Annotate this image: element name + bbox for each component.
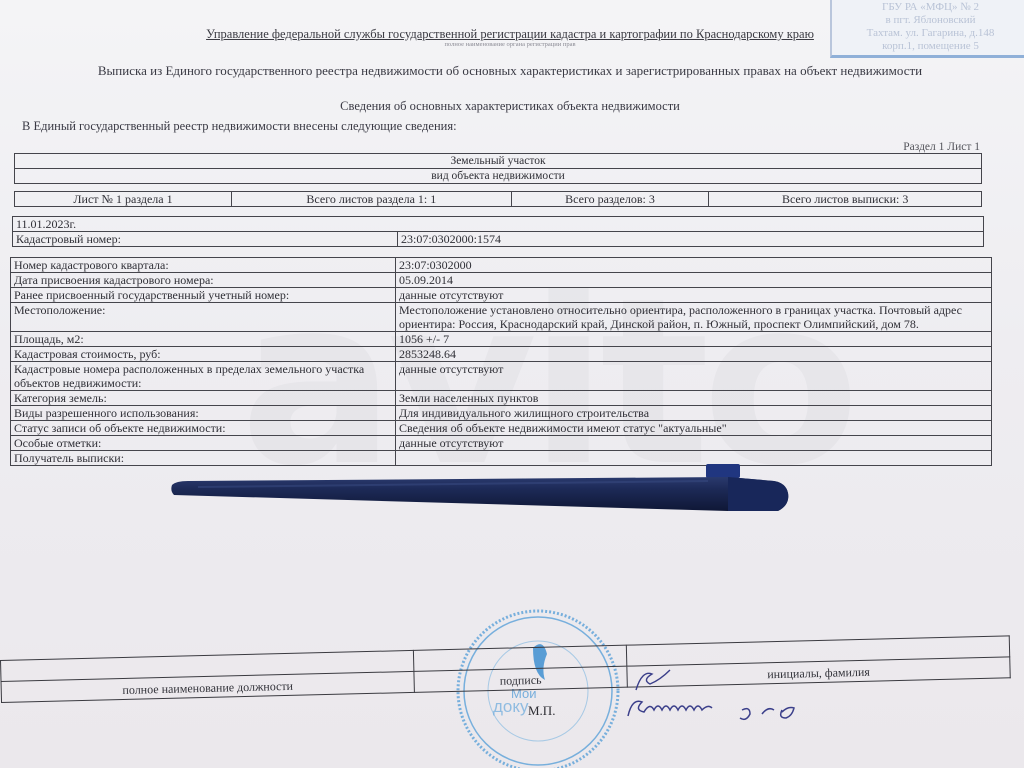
row-value: данные отсутствуют	[396, 288, 992, 303]
row-label: Категория земель:	[11, 391, 396, 406]
handwritten-name	[622, 690, 832, 730]
row-label: Виды разрешенного использования:	[11, 406, 396, 421]
corner-stamp-line: корп.1, помещение 5	[832, 40, 1024, 53]
document-title: Выписка из Единого государственного реес…	[40, 63, 980, 79]
table-row: Ранее присвоенный государственный учетны…	[11, 288, 992, 303]
object-type-caption: вид объекта недвижимости	[15, 169, 982, 184]
signature-caption: подпись	[414, 666, 627, 692]
row-value: Местоположение установлено относительно …	[396, 303, 992, 332]
document-subtitle: Сведения об основных характеристиках объ…	[200, 99, 820, 114]
organization-caption: полное наименование органа регистрации п…	[330, 41, 690, 48]
table-row: Кадастровая стоимость, руб:2853248.64	[11, 347, 992, 362]
table-row: Площадь, м2:1056 +/- 7	[11, 332, 992, 347]
row-label: Номер кадастрового квартала:	[11, 258, 396, 273]
document-date: 11.01.2023г.	[13, 217, 984, 232]
row-label: Дата присвоения кадастрового номера:	[11, 273, 396, 288]
sheets-table: Лист № 1 раздела 1 Всего листов раздела …	[14, 191, 982, 207]
extract-sheet-count: Всего листов выписки: 3	[709, 192, 982, 207]
object-type-table: Земельный участок вид объекта недвижимос…	[14, 153, 982, 184]
row-value: Земли населенных пунктов	[396, 391, 992, 406]
table-row: Дата присвоения кадастрового номера:05.0…	[11, 273, 992, 288]
row-value: Сведения об объекте недвижимости имеют с…	[396, 421, 992, 436]
section-count: Всего разделов: 3	[511, 192, 709, 207]
row-value: данные отсутствуют	[396, 436, 992, 451]
characteristics-table: Номер кадастрового квартала:23:07:030200…	[10, 257, 992, 466]
cadastral-number-value: 23:07:0302000:1574	[398, 232, 984, 247]
row-value: Для индивидуального жилищного строительс…	[396, 406, 992, 421]
corner-stamp-line: в пгт. Яблоновский	[832, 14, 1024, 27]
svg-text:доку: доку	[493, 697, 529, 716]
date-cadastral-table: 11.01.2023г. Кадастровый номер: 23:07:03…	[12, 216, 984, 247]
row-label: Ранее присвоенный государственный учетны…	[11, 288, 396, 303]
row-value: данные отсутствуют	[396, 362, 992, 391]
sheet-number: Лист № 1 раздела 1	[15, 192, 232, 207]
table-row: Статус записи об объекте недвижимости:Св…	[11, 421, 992, 436]
section-reference: Раздел 1 Лист 1	[860, 141, 980, 153]
table-row: Особые отметки:данные отсутствуют	[11, 436, 992, 451]
pen-icon	[168, 461, 793, 517]
table-row: Кадастровые номера расположенных в преде…	[11, 362, 992, 391]
row-value: 23:07:0302000	[396, 258, 992, 273]
row-label: Особые отметки:	[11, 436, 396, 451]
table-row: Виды разрешенного использования:Для инди…	[11, 406, 992, 421]
table-row: Категория земель:Земли населенных пункто…	[11, 391, 992, 406]
row-label: Статус записи об объекте недвижимости:	[11, 421, 396, 436]
row-label: Кадастровые номера расположенных в преде…	[11, 362, 396, 391]
section-sheet-count: Всего листов раздела 1: 1	[232, 192, 512, 207]
organization-name: Управление федеральной службы государств…	[195, 27, 825, 42]
row-value: 05.09.2014	[396, 273, 992, 288]
row-label: Кадастровая стоимость, руб:	[11, 347, 396, 362]
table-row: Номер кадастрового квартала:23:07:030200…	[11, 258, 992, 273]
object-type-value: Земельный участок	[15, 154, 982, 169]
corner-stamp-line: ГБУ РА «МФЦ» № 2	[832, 1, 1024, 14]
row-label: Площадь, м2:	[11, 332, 396, 347]
row-value: 1056 +/- 7	[396, 332, 992, 347]
row-label: Местоположение:	[11, 303, 396, 332]
row-value: 2853248.64	[396, 347, 992, 362]
intro-text: В Единый государственный реестр недвижим…	[22, 119, 457, 134]
table-row: Местоположение:Местоположение установлен…	[11, 303, 992, 332]
seal-mark: М.П.	[528, 703, 555, 719]
corner-stamp: ГБУ РА «МФЦ» № 2 в пгт. Яблоновский Тахт…	[830, 0, 1024, 58]
corner-stamp-line: Тахтам. ул. Гагарина, д.148	[832, 27, 1024, 40]
cadastral-number-label: Кадастровый номер:	[13, 232, 398, 247]
